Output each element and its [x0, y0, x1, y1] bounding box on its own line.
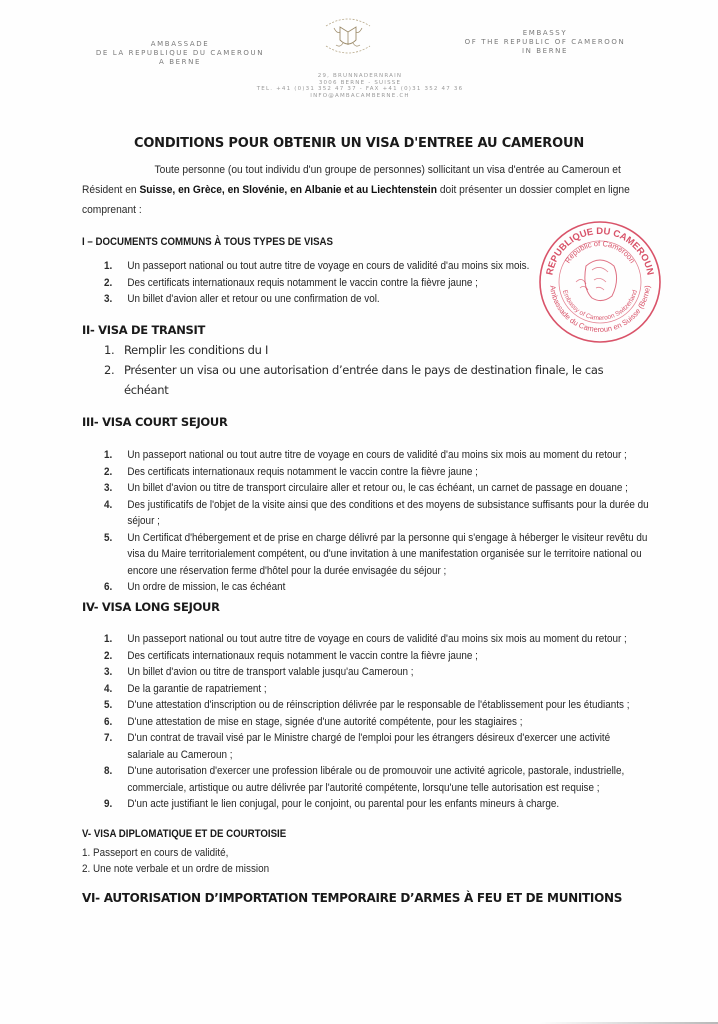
section-heading-diplomatic-visa: V- VISA DIPLOMATIQUE ET DE COURTOISIE	[82, 828, 286, 840]
section-heading-firearms-import: VI- AUTORISATION D’IMPORTATION TEMPORAIR…	[82, 891, 622, 905]
section-heading-transit-visa: II- VISA DE TRANSIT	[82, 323, 205, 337]
list-item: 3.Un billet d'avion aller et retour ou u…	[104, 291, 554, 308]
letterhead-french: AMBASSADE DE LA REPUBLIQUE DU CAMEROUN A…	[70, 40, 290, 67]
letterhead-line: AMBASSADE	[70, 40, 290, 49]
letterhead-line: EMBASSY	[440, 29, 650, 38]
list-item: 2. Des certificats internationaux requis…	[104, 275, 554, 292]
section-heading-long-stay-visa: IV- VISA LONG SEJOUR	[82, 600, 220, 614]
long-stay-visa-list: 1.Un passeport national ou tout autre ti…	[104, 631, 649, 813]
diplomatic-visa-list: 1. Passeport en cours de validité, 2. Un…	[82, 845, 269, 877]
list-item: 8.D'une autorisation d'exercer une profe…	[104, 763, 649, 796]
list-item: 9.D'un acte justifiant le lien conjugal,…	[104, 796, 649, 813]
common-documents-list: 1.Un passeport national ou tout autre ti…	[104, 258, 554, 308]
intro-countries: Suisse, en Grèce, en Slovénie, en Albani…	[139, 184, 437, 196]
list-item: 1.Un passeport national ou tout autre ti…	[104, 631, 649, 648]
short-stay-visa-list: 1.Un passeport national ou tout autre ti…	[104, 447, 649, 596]
page-title: CONDITIONS POUR OBTENIR UN VISA D'ENTREE…	[0, 136, 718, 151]
embassy-address: 29, BRUNNADERNRAIN 3006 BERNE - SUISSE T…	[230, 73, 490, 99]
list-item: 3.Un billet d'avion ou titre de transpor…	[104, 480, 649, 497]
section-heading-short-stay-visa: III- VISA COURT SEJOUR	[82, 415, 228, 429]
section-heading-common-documents: I – DOCUMENTS COMMUNS À TOUS TYPES DE VI…	[82, 236, 333, 248]
list-item: 4.Des justificatifs de l'objet de la vis…	[104, 497, 649, 530]
list-item: 2. Des certificats internationaux requis…	[104, 464, 649, 481]
transit-visa-list: 1.Remplir les conditions du I 2.Présente…	[104, 340, 634, 400]
list-item: 2. Une note verbale et un ordre de missi…	[82, 861, 269, 877]
document-page: AMBASSADE DE LA REPUBLIQUE DU CAMEROUN A…	[0, 0, 718, 1024]
letterhead-line: IN BERNE	[440, 47, 650, 56]
list-item: 2.Présenter un visa ou une autorisation …	[104, 360, 634, 400]
list-item: 6.D'une attestation de mise en stage, si…	[104, 714, 649, 731]
list-item: 1.Un passeport national ou tout autre ti…	[104, 258, 554, 275]
list-item: 1.Remplir les conditions du I	[104, 340, 634, 360]
list-item: 4.De la garantie de rapatriement ;	[104, 681, 649, 698]
list-item: 6.Un ordre de mission, le cas échéant	[104, 579, 649, 596]
address-email: INFO@AMBACAMBERNE.CH	[230, 93, 490, 100]
letterhead-line: A BERNE	[70, 58, 290, 67]
coat-of-arms-icon	[318, 10, 378, 60]
letterhead-line: DE LA REPUBLIQUE DU CAMEROUN	[70, 49, 290, 58]
letterhead-english: EMBASSY OF THE REPUBLIC OF CAMEROON IN B…	[440, 29, 650, 56]
list-item: 5.Un Certificat d'hébergement et de pris…	[104, 530, 649, 580]
list-item: 1.Un passeport national ou tout autre ti…	[104, 447, 649, 464]
list-item: 3.Un billet d'avion ou titre de transpor…	[104, 664, 649, 681]
list-item: 2. Des certificats internationaux requis…	[104, 648, 649, 665]
list-item: 5.D'une attestation d'inscription ou de …	[104, 697, 649, 714]
intro-paragraph: Toute personne (ou tout individu d'un gr…	[82, 160, 647, 220]
list-item: 1. Passeport en cours de validité,	[82, 845, 269, 861]
letterhead-line: OF THE REPUBLIC OF CAMEROON	[440, 38, 650, 47]
list-item: 7.D'un contrat de travail visé par le Mi…	[104, 730, 649, 763]
embassy-stamp-icon: REPUBLIQUE DU CAMEROUN Republic of Camer…	[536, 218, 664, 346]
address-line: TEL. +41 (0)31 352 47 37 - FAX +41 (0)31…	[230, 86, 490, 93]
